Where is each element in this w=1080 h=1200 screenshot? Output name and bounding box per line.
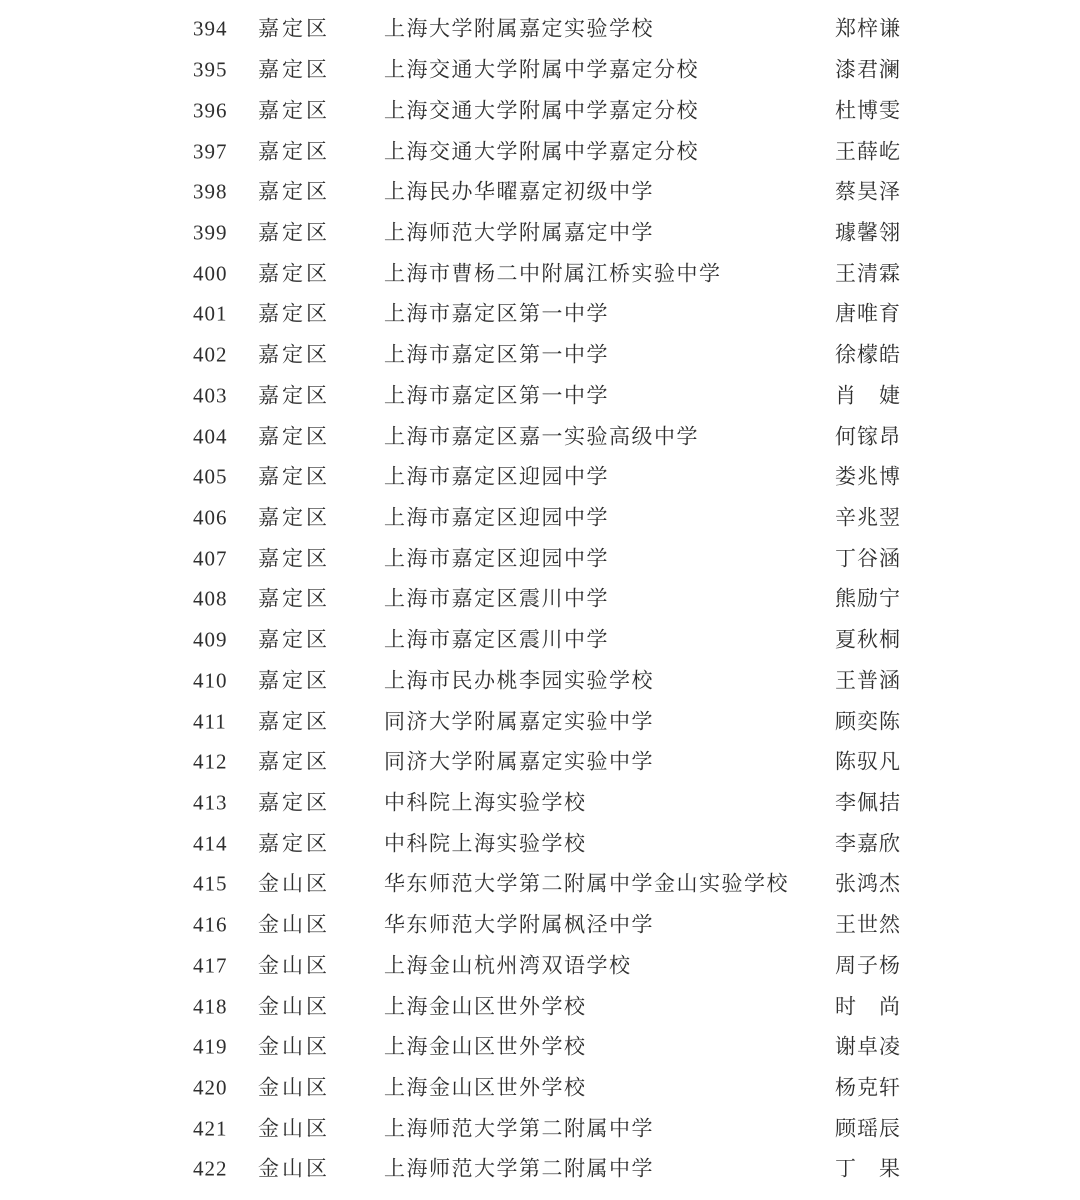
- student-name-cell: 杜博雯: [835, 100, 913, 121]
- school-cell: 上海市嘉定区震川中学: [384, 630, 804, 651]
- district-cell: 嘉定区: [258, 345, 336, 366]
- table-row: 418 金山区 上海金山区世外学校 时 尚: [0, 986, 1080, 1027]
- student-name-cell: 娄兆博: [835, 467, 913, 488]
- student-name-cell: 李嘉欣: [835, 833, 913, 854]
- student-name-cell: 肖 婕: [835, 385, 913, 406]
- school-cell: 同济大学附属嘉定实验中学: [384, 752, 804, 773]
- district-cell: 金山区: [258, 1078, 336, 1099]
- student-name-cell: 顾瑶辰: [835, 1118, 913, 1139]
- school-cell: 上海大学附属嘉定实验学校: [384, 19, 804, 40]
- row-number: 405: [193, 467, 235, 488]
- student-name-cell: 陈驭凡: [835, 752, 913, 773]
- table-row: 402 嘉定区 上海市嘉定区第一中学 徐檬皓: [0, 335, 1080, 376]
- district-cell: 嘉定区: [258, 60, 336, 81]
- student-name-cell: 王清霖: [835, 263, 913, 284]
- table-row: 400 嘉定区 上海市曹杨二中附属江桥实验中学 王清霖: [0, 253, 1080, 294]
- row-number: 406: [193, 507, 235, 528]
- table-row: 403 嘉定区 上海市嘉定区第一中学 肖 婕: [0, 375, 1080, 416]
- school-cell: 上海师范大学第二附属中学: [384, 1118, 804, 1139]
- student-name-cell: 李佩拮: [835, 793, 913, 814]
- row-number: 408: [193, 589, 235, 610]
- school-cell: 上海市嘉定区迎园中学: [384, 548, 804, 569]
- student-name-cell: 王薛屹: [835, 141, 913, 162]
- district-cell: 金山区: [258, 1118, 336, 1139]
- school-cell: 同济大学附属嘉定实验中学: [384, 711, 804, 732]
- student-name-cell: 蔡昊泽: [835, 182, 913, 203]
- school-cell: 上海交通大学附属中学嘉定分校: [384, 60, 804, 81]
- row-number: 395: [193, 60, 235, 81]
- school-cell: 华东师范大学第二附属中学金山实验学校: [384, 874, 804, 895]
- school-cell: 上海民办华曜嘉定初级中学: [384, 182, 804, 203]
- school-cell: 上海金山区世外学校: [384, 996, 804, 1017]
- school-cell: 上海市民办桃李园实验学校: [384, 670, 804, 691]
- district-cell: 嘉定区: [258, 100, 336, 121]
- district-cell: 嘉定区: [258, 507, 336, 528]
- row-number: 422: [193, 1159, 235, 1180]
- school-cell: 中科院上海实验学校: [384, 833, 804, 854]
- row-number: 407: [193, 548, 235, 569]
- row-number: 411: [193, 711, 235, 732]
- district-cell: 嘉定区: [258, 304, 336, 325]
- school-cell: 上海市嘉定区迎园中学: [384, 507, 804, 528]
- row-number: 417: [193, 955, 235, 976]
- student-name-cell: 周子杨: [835, 955, 913, 976]
- student-name-cell: 璩馨翎: [835, 222, 913, 243]
- table-row: 411 嘉定区 同济大学附属嘉定实验中学 顾奕陈: [0, 701, 1080, 742]
- district-cell: 嘉定区: [258, 793, 336, 814]
- student-name-cell: 郑梓谦: [835, 19, 913, 40]
- table-row: 409 嘉定区 上海市嘉定区震川中学 夏秋桐: [0, 620, 1080, 661]
- table-row: 410 嘉定区 上海市民办桃李园实验学校 王普涵: [0, 661, 1080, 702]
- district-cell: 嘉定区: [258, 548, 336, 569]
- row-number: 409: [193, 630, 235, 651]
- row-number: 416: [193, 915, 235, 936]
- district-cell: 嘉定区: [258, 385, 336, 406]
- student-name-cell: 王世然: [835, 915, 913, 936]
- row-number: 394: [193, 19, 235, 40]
- table-row: 414 嘉定区 中科院上海实验学校 李嘉欣: [0, 823, 1080, 864]
- table-row: 406 嘉定区 上海市嘉定区迎园中学 辛兆翌: [0, 498, 1080, 539]
- row-number: 398: [193, 182, 235, 203]
- table-row: 422 金山区 上海师范大学第二附属中学 丁 果: [0, 1149, 1080, 1190]
- student-name-cell: 丁 果: [835, 1159, 913, 1180]
- student-name-cell: 王普涵: [835, 670, 913, 691]
- row-number: 419: [193, 1037, 235, 1058]
- table-row: 407 嘉定区 上海市嘉定区迎园中学 丁谷涵: [0, 538, 1080, 579]
- district-cell: 金山区: [258, 874, 336, 895]
- student-name-cell: 时 尚: [835, 996, 913, 1017]
- table-row: 401 嘉定区 上海市嘉定区第一中学 唐唯育: [0, 294, 1080, 335]
- row-number: 413: [193, 793, 235, 814]
- school-cell: 上海市曹杨二中附属江桥实验中学: [384, 263, 804, 284]
- school-cell: 上海市嘉定区嘉一实验高级中学: [384, 426, 804, 447]
- table-row: 412 嘉定区 同济大学附属嘉定实验中学 陈驭凡: [0, 742, 1080, 783]
- row-number: 397: [193, 141, 235, 162]
- table-row: 405 嘉定区 上海市嘉定区迎园中学 娄兆博: [0, 457, 1080, 498]
- district-cell: 嘉定区: [258, 589, 336, 610]
- table-row: 419 金山区 上海金山区世外学校 谢卓凌: [0, 1027, 1080, 1068]
- table-row: 395 嘉定区 上海交通大学附属中学嘉定分校 漆君澜: [0, 50, 1080, 91]
- row-number: 410: [193, 670, 235, 691]
- district-cell: 嘉定区: [258, 141, 336, 162]
- table-row: 396 嘉定区 上海交通大学附属中学嘉定分校 杜博雯: [0, 90, 1080, 131]
- school-cell: 中科院上海实验学校: [384, 793, 804, 814]
- table-row: 404 嘉定区 上海市嘉定区嘉一实验高级中学 何镓昂: [0, 416, 1080, 457]
- table-row: 420 金山区 上海金山区世外学校 杨克轩: [0, 1068, 1080, 1109]
- school-cell: 上海市嘉定区迎园中学: [384, 467, 804, 488]
- school-cell: 上海市嘉定区第一中学: [384, 345, 804, 366]
- row-number: 399: [193, 222, 235, 243]
- school-cell: 华东师范大学附属枫泾中学: [384, 915, 804, 936]
- table-row: 413 嘉定区 中科院上海实验学校 李佩拮: [0, 783, 1080, 824]
- student-name-cell: 张鸿杰: [835, 874, 913, 895]
- district-cell: 嘉定区: [258, 630, 336, 651]
- school-cell: 上海市嘉定区第一中学: [384, 304, 804, 325]
- district-cell: 金山区: [258, 1037, 336, 1058]
- district-cell: 嘉定区: [258, 263, 336, 284]
- row-number: 420: [193, 1078, 235, 1099]
- school-cell: 上海市嘉定区震川中学: [384, 589, 804, 610]
- document-page: 394 嘉定区 上海大学附属嘉定实验学校 郑梓谦 395 嘉定区 上海交通大学附…: [0, 0, 1080, 1200]
- row-number: 412: [193, 752, 235, 773]
- district-cell: 金山区: [258, 915, 336, 936]
- district-cell: 嘉定区: [258, 222, 336, 243]
- district-cell: 金山区: [258, 955, 336, 976]
- table-row: 397 嘉定区 上海交通大学附属中学嘉定分校 王薛屹: [0, 131, 1080, 172]
- district-cell: 嘉定区: [258, 752, 336, 773]
- school-cell: 上海金山区世外学校: [384, 1037, 804, 1058]
- table-row: 398 嘉定区 上海民办华曜嘉定初级中学 蔡昊泽: [0, 172, 1080, 213]
- district-cell: 金山区: [258, 996, 336, 1017]
- award-roster-table: 394 嘉定区 上海大学附属嘉定实验学校 郑梓谦 395 嘉定区 上海交通大学附…: [0, 0, 1080, 1200]
- school-cell: 上海金山区世外学校: [384, 1078, 804, 1099]
- row-number: 400: [193, 263, 235, 284]
- row-number: 415: [193, 874, 235, 895]
- school-cell: 上海交通大学附属中学嘉定分校: [384, 141, 804, 162]
- table-row: 415 金山区 华东师范大学第二附属中学金山实验学校 张鸿杰: [0, 864, 1080, 905]
- row-number: 403: [193, 385, 235, 406]
- row-number: 414: [193, 833, 235, 854]
- student-name-cell: 何镓昂: [835, 426, 913, 447]
- student-name-cell: 辛兆翌: [835, 507, 913, 528]
- student-name-cell: 漆君澜: [835, 60, 913, 81]
- student-name-cell: 杨克轩: [835, 1078, 913, 1099]
- student-name-cell: 熊励宁: [835, 589, 913, 610]
- student-name-cell: 徐檬皓: [835, 345, 913, 366]
- student-name-cell: 唐唯育: [835, 304, 913, 325]
- row-number: 404: [193, 426, 235, 447]
- district-cell: 嘉定区: [258, 426, 336, 447]
- school-cell: 上海师范大学附属嘉定中学: [384, 222, 804, 243]
- school-cell: 上海市嘉定区第一中学: [384, 385, 804, 406]
- district-cell: 金山区: [258, 1159, 336, 1180]
- row-number: 401: [193, 304, 235, 325]
- table-row: 399 嘉定区 上海师范大学附属嘉定中学 璩馨翎: [0, 213, 1080, 254]
- school-cell: 上海金山杭州湾双语学校: [384, 955, 804, 976]
- table-row: 417 金山区 上海金山杭州湾双语学校 周子杨: [0, 946, 1080, 987]
- school-cell: 上海交通大学附属中学嘉定分校: [384, 100, 804, 121]
- district-cell: 嘉定区: [258, 467, 336, 488]
- student-name-cell: 丁谷涵: [835, 548, 913, 569]
- row-number: 396: [193, 100, 235, 121]
- district-cell: 嘉定区: [258, 833, 336, 854]
- student-name-cell: 夏秋桐: [835, 630, 913, 651]
- district-cell: 嘉定区: [258, 670, 336, 691]
- district-cell: 嘉定区: [258, 182, 336, 203]
- school-cell: 上海师范大学第二附属中学: [384, 1159, 804, 1180]
- student-name-cell: 顾奕陈: [835, 711, 913, 732]
- table-row: 421 金山区 上海师范大学第二附属中学 顾瑶辰: [0, 1108, 1080, 1149]
- row-number: 421: [193, 1118, 235, 1139]
- district-cell: 嘉定区: [258, 711, 336, 732]
- row-number: 402: [193, 345, 235, 366]
- table-row: 408 嘉定区 上海市嘉定区震川中学 熊励宁: [0, 579, 1080, 620]
- district-cell: 嘉定区: [258, 19, 336, 40]
- row-number: 418: [193, 996, 235, 1017]
- student-name-cell: 谢卓凌: [835, 1037, 913, 1058]
- table-row: 416 金山区 华东师范大学附属枫泾中学 王世然: [0, 905, 1080, 946]
- table-row: 394 嘉定区 上海大学附属嘉定实验学校 郑梓谦: [0, 9, 1080, 50]
